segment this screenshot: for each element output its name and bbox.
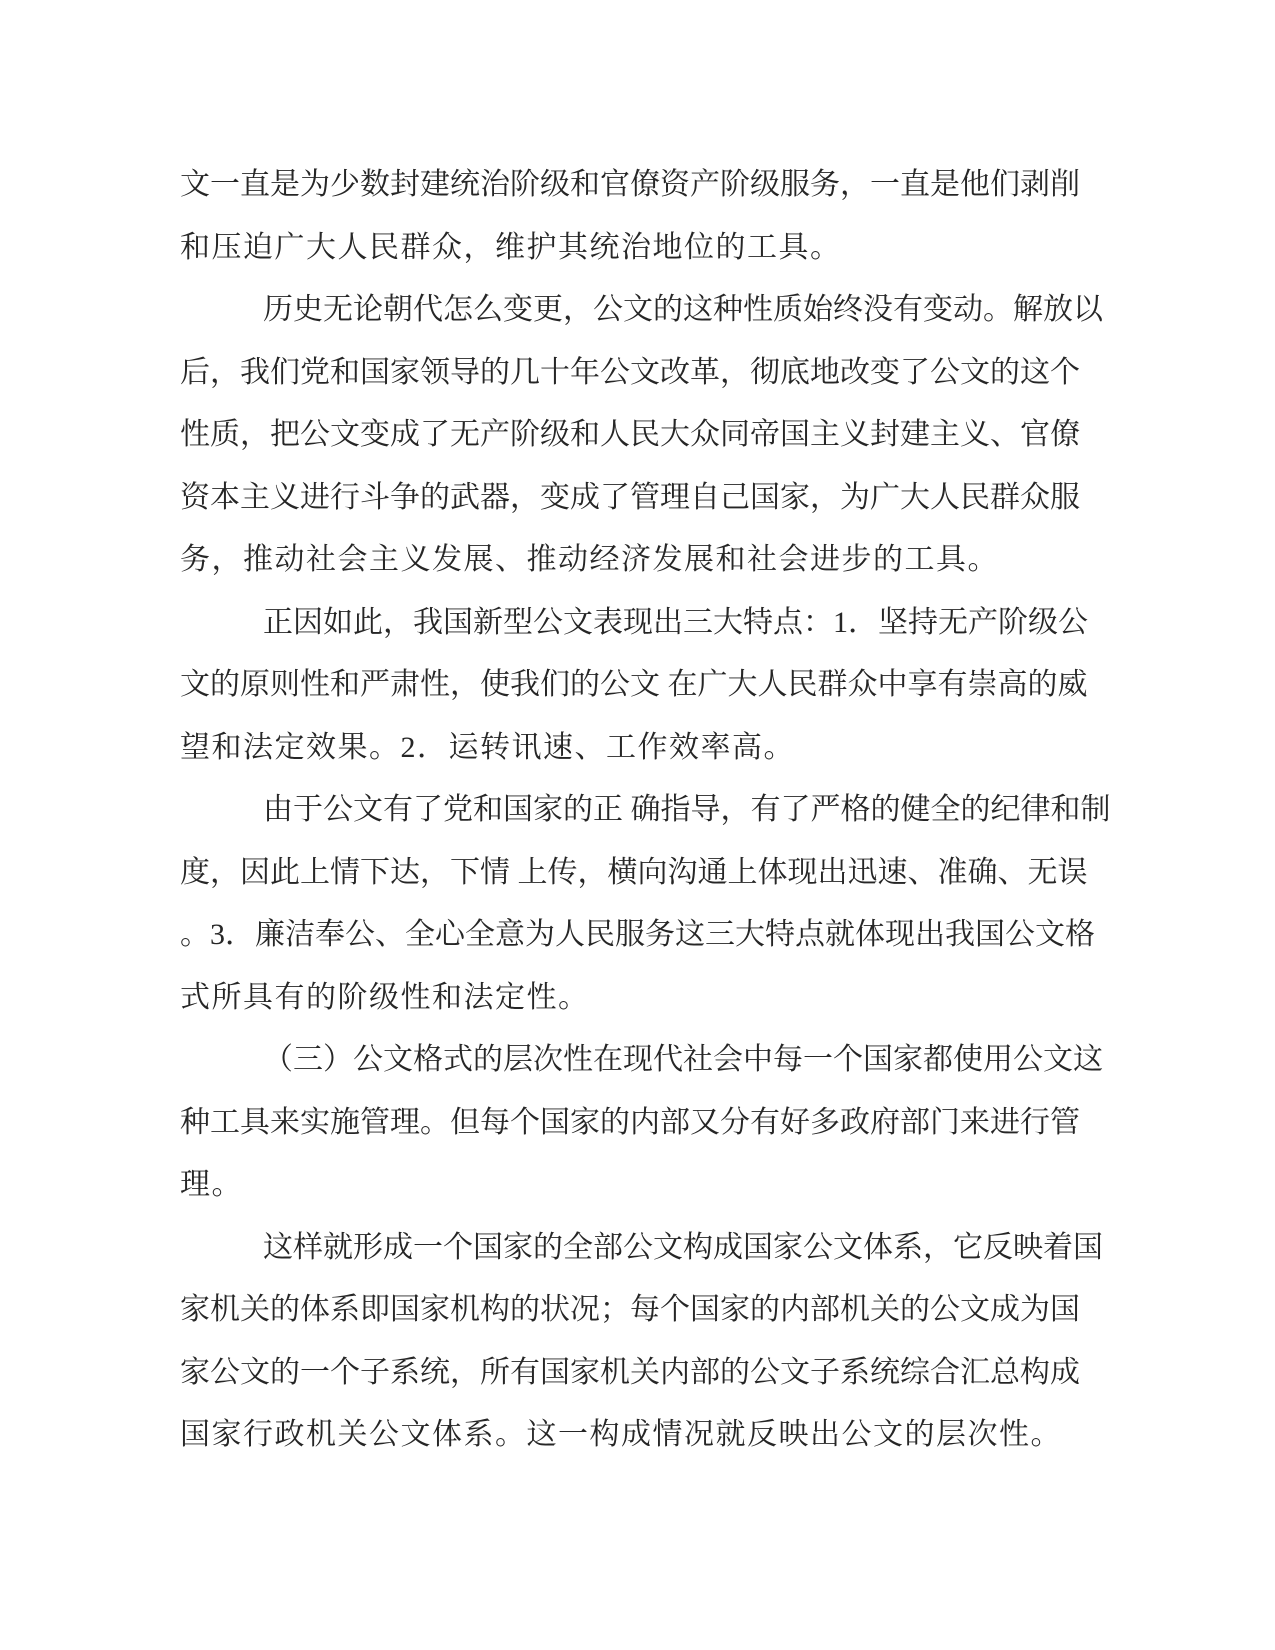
text-line: 和压迫广大人民群众，维护其统治地位的工具。 xyxy=(180,217,1080,280)
text-line: 资本主义进行斗争的武器，变成了管理自己国家，为广大人民群众服 xyxy=(180,467,1080,530)
text-line: 正因如此，我国新型公文表现出三大特点：1．坚持无产阶级公 xyxy=(180,592,1080,655)
text-line: （三）公文格式的层次性在现代社会中每一个国家都使用公文这 xyxy=(180,1029,1080,1092)
text-line: 国家行政机关公文体系。这一构成情况就反映出公文的层次性。 xyxy=(180,1404,1080,1467)
text-line: 性质，把公文变成了无产阶级和人民大众同帝国主义封建主义、官僚 xyxy=(180,404,1080,467)
text-line: 理。 xyxy=(180,1154,1080,1217)
text-line: 种工具来实施管理。但每个国家的内部又分有好多政府部门来进行管 xyxy=(180,1092,1080,1155)
text-line: 。3．廉洁奉公、全心全意为人民服务这三大特点就体现出我国公文格 xyxy=(180,904,1080,967)
text-line: 务，推动社会主义发展、推动经济发展和社会进步的工具。 xyxy=(180,529,1080,592)
text-line: 历史无论朝代怎么变更，公文的这种性质始终没有变动。解放以 xyxy=(180,279,1080,342)
document-page: 文一直是为少数封建统治阶级和官僚资产阶级服务，一直是他们剥削和压迫广大人民群众，… xyxy=(0,0,1275,1650)
text-line: 由于公文有了党和国家的正 确指导，有了严格的健全的纪律和制 xyxy=(180,779,1080,842)
text-line: 家公文的一个子系统，所有国家机关内部的公文子系统综合汇总构成 xyxy=(180,1342,1080,1405)
text-line: 式所具有的阶级性和法定性。 xyxy=(180,967,1080,1030)
text-line: 家机关的体系即国家机构的状况；每个国家的内部机关的公文成为国 xyxy=(180,1279,1080,1342)
text-line: 这样就形成一个国家的全部公文构成国家公文体系，它反映着国 xyxy=(180,1217,1080,1280)
text-line: 望和法定效果。2．运转讯速、工作效率高。 xyxy=(180,717,1080,780)
text-line: 度，因此上情下达，下情 上传，横向沟通上体现出迅速、准确、无误 xyxy=(180,842,1080,905)
text-line: 后，我们党和国家领导的几十年公文改革，彻底地改变了公文的这个 xyxy=(180,342,1080,405)
text-line: 文的原则性和严肃性，使我们的公文 在广大人民群众中享有崇高的威 xyxy=(180,654,1080,717)
text-line: 文一直是为少数封建统治阶级和官僚资产阶级服务，一直是他们剥削 xyxy=(180,154,1080,217)
document-text: 文一直是为少数封建统治阶级和官僚资产阶级服务，一直是他们剥削和压迫广大人民群众，… xyxy=(180,154,1080,1467)
